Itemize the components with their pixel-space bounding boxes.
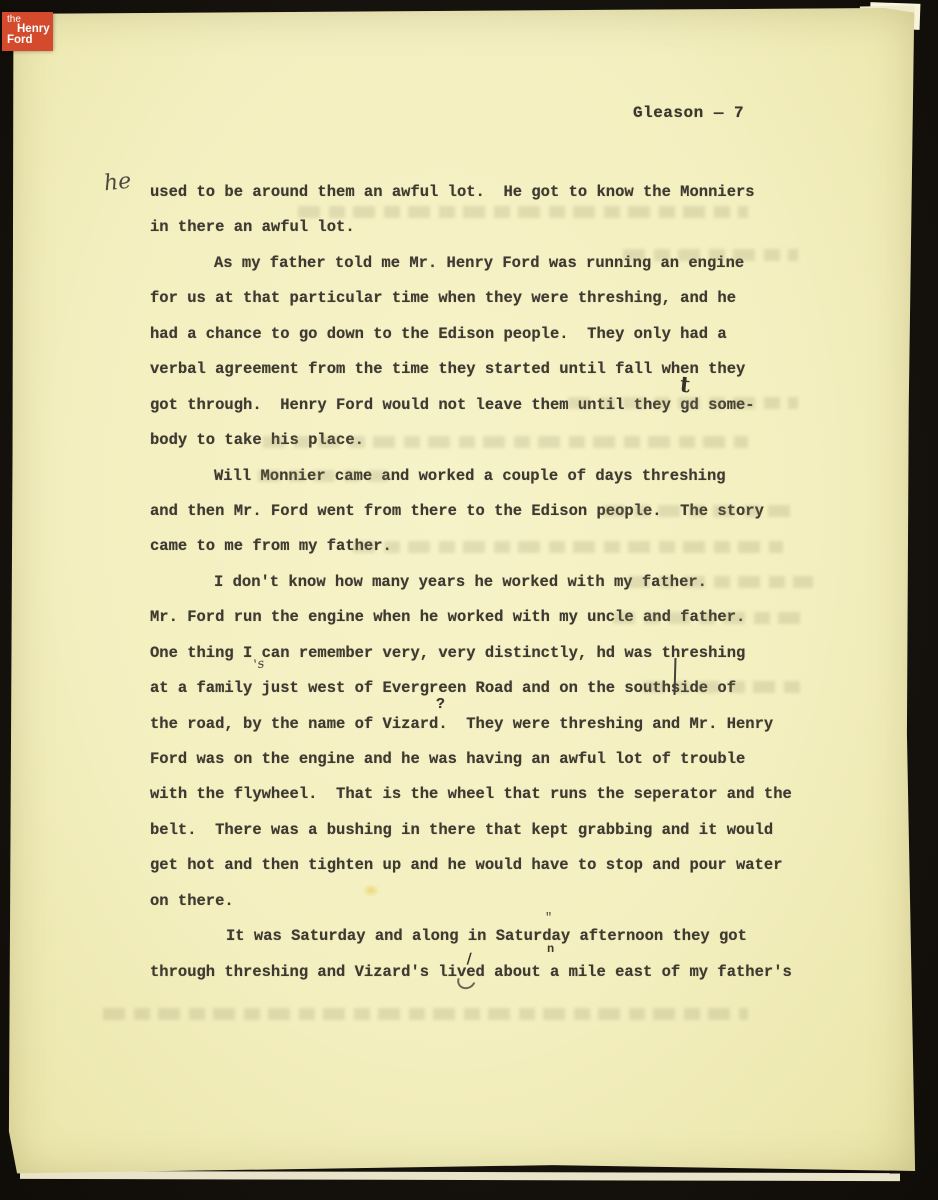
typed-line: One thing I can remember very, very dist… — [150, 636, 830, 671]
typed-line: through threshing and Vizard's lived abo… — [150, 955, 830, 990]
bleed-through-text — [623, 249, 798, 261]
underlying-sheet-edge — [20, 1171, 900, 1181]
typed-line: for us at that particular time when they… — [150, 281, 830, 316]
paper-stain — [362, 884, 380, 897]
typed-line: get hot and then tighten up and he would… — [150, 848, 830, 883]
typed-line: belt. There was a bushing in there that … — [150, 813, 830, 848]
bleed-through-text — [258, 470, 388, 482]
bleed-through-text — [568, 397, 798, 409]
typed-line: It was Saturday and along in Saturday af… — [150, 919, 830, 954]
ditto-dots-mark: " — [545, 911, 552, 925]
photographed-document-scene: Gleason — 7 used to be around them an aw… — [0, 0, 938, 1200]
bleed-through-text — [263, 436, 748, 448]
typed-line: the road, by the name of Vizard. They we… — [150, 707, 830, 742]
bleed-through-text — [643, 681, 808, 693]
typed-question-mark-annotation: ? — [436, 696, 445, 713]
handwritten-n-correction: n — [547, 942, 554, 956]
bleed-through-text — [603, 505, 793, 517]
bleed-through-text — [298, 206, 748, 218]
typewritten-page: Gleason — 7 used to be around them an aw… — [8, 8, 916, 1178]
bleed-through-text — [613, 612, 808, 624]
typed-line: Ford was on the engine and he was having… — [150, 742, 830, 777]
bleed-through-text — [628, 576, 813, 588]
handwritten-margin-insert: he — [103, 169, 133, 197]
typed-line: on there. — [150, 884, 830, 919]
typed-line: Will Monnier came and worked a couple of… — [150, 459, 830, 494]
logo-text-ford: Ford — [7, 35, 33, 47]
typed-line: with the flywheel. That is the wheel tha… — [150, 777, 830, 812]
page-header-title: Gleason — 7 — [633, 104, 744, 122]
bleed-through-text — [103, 1008, 748, 1020]
typed-line: verbal agreement from the time they star… — [150, 352, 830, 387]
henry-ford-logo: the Henry Ford — [2, 12, 53, 51]
bleed-through-text — [353, 541, 783, 553]
typed-line: had a chance to go down to the Edison pe… — [150, 317, 830, 352]
